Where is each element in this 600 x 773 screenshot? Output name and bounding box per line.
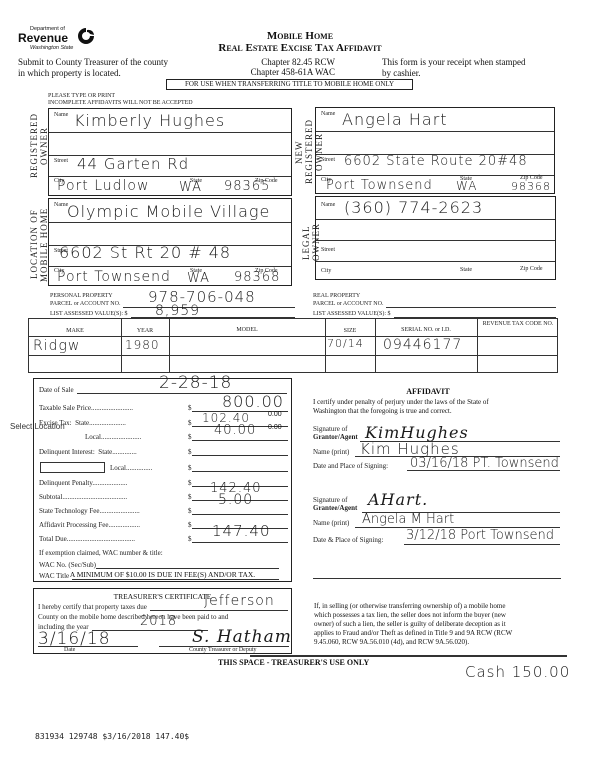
- size-header: SIZE: [325, 328, 375, 334]
- delinquent-interest-row: Delinquent Interest: State..............: [39, 448, 137, 456]
- cash-note[interactable]: Cash 150.00: [465, 663, 570, 681]
- registered-owner-city[interactable]: Port Ludlow: [57, 178, 149, 194]
- state-label: State: [460, 267, 472, 273]
- legal-owner-label: LEGAL OWNER: [301, 205, 313, 280]
- select-location-dropdown[interactable]: Select Location: [10, 422, 65, 431]
- serial-value[interactable]: 09446177: [383, 337, 462, 353]
- tax-calc-box: Date of Sale 2-28-18 Taxable Sale Price.…: [33, 378, 292, 582]
- delinquent-penalty-row: Delinquent Penalty....................: [39, 479, 127, 487]
- receipt-stamp: 831934 129748 $3/16/2018 147.40$: [35, 732, 189, 741]
- treasurer-signature[interactable]: S. Hatham: [192, 627, 292, 647]
- make-value[interactable]: Ridgw: [33, 338, 80, 354]
- location-name[interactable]: Olympic Mobile Village: [67, 202, 270, 221]
- size-value[interactable]: 70/14: [327, 337, 364, 350]
- personal-property-assessed-value[interactable]: 8,959: [155, 303, 200, 319]
- new-owner-name[interactable]: Angela Hart: [342, 110, 448, 129]
- fraud-warning: If, in selling (or otherwise transferrin…: [314, 602, 564, 647]
- registered-owner-state[interactable]: WA: [179, 180, 202, 195]
- treasurer-county[interactable]: Jefferson: [204, 593, 275, 609]
- street-label: Street: [54, 158, 68, 164]
- location-street[interactable]: 6602 St Rt 20 # 48: [59, 243, 231, 262]
- affidavit-section: AFFIDAVIT I certify under penalty of per…: [313, 387, 563, 416]
- dor-swirl-icon: [76, 26, 96, 46]
- affidavit-title: AFFIDAVIT: [293, 387, 563, 396]
- model-header: MODEL: [169, 327, 325, 333]
- taxable-price-value[interactable]: 800.00: [222, 392, 284, 411]
- grantor-name-label: Name (print): [313, 448, 349, 456]
- taxable-price-row: Taxable Sale Price......................…: [39, 404, 133, 412]
- chapter-refs: Chapter 82.45 RCW Chapter 458-61A WAC: [240, 57, 335, 77]
- dor-logo: Department of Revenue Washington State: [18, 26, 98, 56]
- new-owner-zip[interactable]: 98368: [511, 180, 551, 193]
- new-owner-label: NEW REGISTERED OWNER: [294, 112, 316, 192]
- registered-owner-street[interactable]: 44 Garten Rd: [77, 155, 189, 173]
- processing-fee-row: Affidavit Processing Fee................…: [39, 521, 140, 529]
- treasurer-sig-label: County Treasurer or Deputy: [189, 647, 257, 653]
- use-banner: FOR USE WHEN TRANSFERRING TITLE TO MOBIL…: [166, 79, 413, 90]
- wac-no-row: WAC No. (Sec/Sub): [39, 561, 279, 569]
- name-label: Name: [321, 111, 335, 117]
- new-owner-state[interactable]: WA: [456, 179, 477, 193]
- legal-owner-name[interactable]: (360) 774-2623: [344, 198, 483, 217]
- treasurer-certificate-box: TREASURER'S CERTIFICATE I hereby certify…: [33, 588, 292, 654]
- minimum-note: A MINIMUM OF $10.00 IS DUE IN FEE(S) AND…: [33, 570, 292, 579]
- submit-note: Submit to County Treasurer of the county…: [18, 57, 168, 79]
- treasurer-use-only: THIS SPACE - TREASURER'S USE ONLY: [218, 658, 369, 667]
- city-label: City: [321, 268, 331, 274]
- real-property-block: REAL PROPERTY PARCEL or ACCOUNT NO. LIST…: [313, 292, 556, 318]
- year-header: YEAR: [121, 328, 169, 334]
- make-header: MAKE: [29, 328, 121, 334]
- grantor-date-label: Date and Place of Signing:: [313, 462, 388, 470]
- grantor-signature-label: Signature of Grantor/Agent: [313, 425, 358, 441]
- date-of-sale-value[interactable]: 2-28-18: [159, 373, 232, 393]
- grantee-name-print[interactable]: Angela M Hart: [362, 512, 454, 527]
- location-box: Name Olympic Mobile Village Street 6602 …: [48, 198, 292, 286]
- grantor-date-place[interactable]: 03/16/18 PT. Townsend: [410, 456, 559, 471]
- total-due-row: Total Due...............................…: [39, 535, 135, 543]
- grantee-date-place[interactable]: 3/12/18 Port Townsend: [406, 528, 554, 543]
- excise-state-computed: 0.00: [268, 411, 282, 418]
- legal-owner-box: Name (360) 774-2623 Street City State Zi…: [315, 196, 556, 280]
- instructions: PLEASE TYPE OR PRINT INCOMPLETE AFFIDAVI…: [48, 93, 193, 107]
- grantee-signature-label: Signature of Grantee/Agent: [313, 496, 357, 512]
- excise-local-computed: 0.00: [268, 424, 282, 431]
- location-city[interactable]: Port Townsend: [57, 269, 171, 285]
- excise-local-value[interactable]: 40.00: [214, 423, 256, 438]
- delinquent-local-input[interactable]: [40, 462, 105, 473]
- registered-owner-name[interactable]: Kimberly Hughes: [74, 111, 225, 130]
- grantee-signature[interactable]: AHart.: [368, 490, 428, 509]
- new-owner-street[interactable]: 6602 State Route 20#48: [344, 154, 528, 169]
- year-value[interactable]: 1980: [125, 338, 160, 352]
- delinquent-local-row: Local...............: [110, 464, 152, 472]
- treasurer-date-label: Date: [64, 647, 75, 653]
- footer-divider: [250, 655, 567, 657]
- street-label: Street: [321, 157, 335, 163]
- home-details-table: MAKE YEAR MODEL SIZE SERIAL NO. or I.D. …: [28, 318, 558, 373]
- logo-revenue-text: Revenue: [18, 31, 68, 45]
- name-label: Name: [54, 112, 68, 118]
- receipt-note: This form is your receipt when stamped b…: [382, 57, 525, 79]
- location-zip[interactable]: 98368: [234, 270, 280, 285]
- tech-fee-row: State Technology Fee....................…: [39, 507, 140, 515]
- registered-owner-zip[interactable]: 98365: [224, 179, 270, 194]
- grantee-date-label: Date & Place of Signing:: [313, 536, 383, 544]
- zip-label: Zip Code: [520, 266, 543, 272]
- form-title: Mobile Home Real Estate Excise Tax Affid…: [185, 30, 415, 55]
- location-state[interactable]: WA: [187, 271, 210, 286]
- excise-local-row: Local.......................: [85, 433, 141, 441]
- revenue-code-header: REVENUE TAX CODE NO.: [481, 321, 555, 328]
- new-owner-box: Name Angela Hart Street 6602 State Route…: [315, 107, 555, 194]
- treasurer-year[interactable]: 2018: [140, 614, 177, 629]
- name-label: Name: [321, 202, 335, 208]
- tech-fee-value[interactable]: 5.00: [218, 492, 253, 508]
- exemption-label: If exemption claimed, WAC number & title…: [39, 549, 163, 557]
- logo-state-text: Washington State: [30, 45, 73, 51]
- serial-header: SERIAL NO. or I.D.: [375, 327, 477, 333]
- registered-owner-box: Name Kimberly Hughes Street 44 Garten Rd…: [48, 108, 292, 196]
- subtotal-row: Subtotal................................…: [39, 493, 127, 501]
- grantee-name-label: Name (print): [313, 519, 349, 527]
- new-owner-city[interactable]: Port Townsend: [326, 178, 433, 193]
- treasurer-text-2: County on the mobile home described here…: [38, 613, 228, 621]
- total-due-value[interactable]: 147.40: [212, 522, 271, 540]
- street-label: Street: [321, 247, 335, 253]
